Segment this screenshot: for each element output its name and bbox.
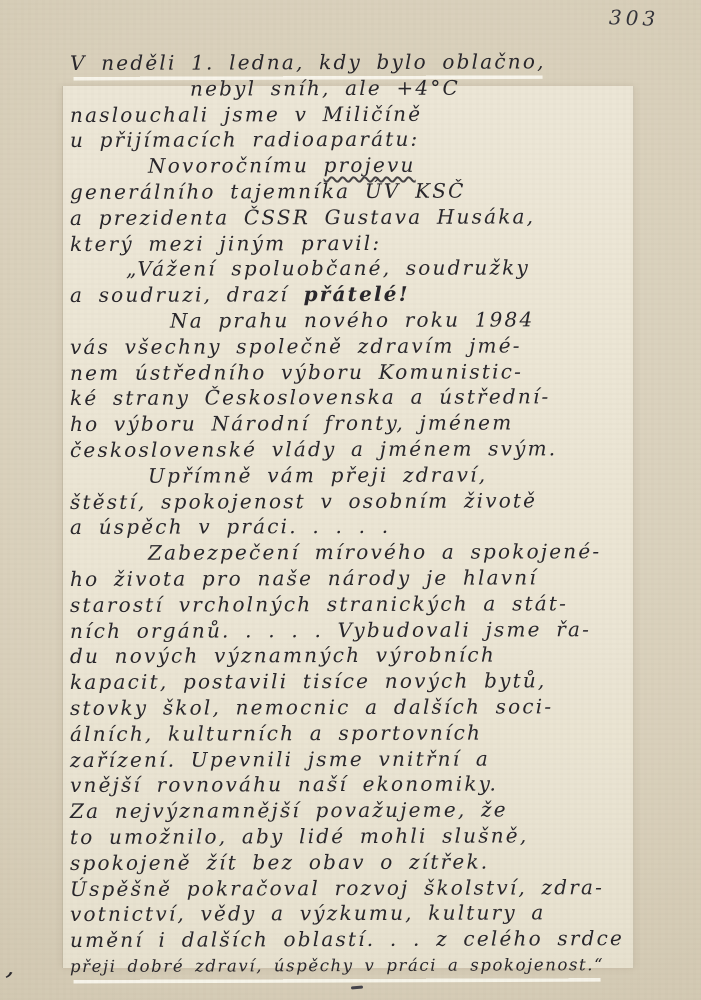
manuscript-line: naslouchali jsme v Miličíně [68,101,643,129]
manuscript-line: Za nejvýznamnější považujeme, že [68,797,643,825]
manuscript-line: generálního tajemníka ÚV KSČ [68,178,643,206]
manuscript-line: kapacit, postavili tisíce nových bytů, [68,668,643,696]
emphasized-word: přátelé! [304,282,410,306]
manuscript-line: u přijímacích radioaparátu: [68,126,643,154]
manuscript-line: který mezi jiným pravil: [68,230,643,258]
stray-ink-mark [351,985,363,989]
manuscript-line: Zabezpečení mírového a spokojené- [68,539,643,567]
manuscript-line: zařízení. Upevnili jsme vnitřní a [68,746,643,774]
manuscript-line: vás všechny společně zdravím jmé- [68,333,643,361]
manuscript-line: Úspěšně pokračoval rozvoj školství, zdra… [68,874,643,902]
manuscript-line: přeji dobré zdraví, úspěchy v práci a sp… [68,952,643,980]
manuscript-line: stovky škol, nemocnic a dalších soci- [68,694,643,722]
manuscript-line: to umožnilo, aby lidé mohli slušně, [68,823,643,851]
manuscript-line: ho výboru Národní fronty, jménem [68,410,643,438]
page-number: 303 [608,5,659,31]
manuscript-line: Upřímně vám přeji zdraví, [68,462,643,490]
manuscript-line: a soudruzi, drazí přátelé! [68,281,643,309]
manuscript-line: československé vlády a jménem svým. [68,436,643,464]
manuscript-line: ho života pro naše národy je hlavní [68,565,643,593]
manuscript-line: a prezidenta ČSSR Gustava Husáka, [68,204,643,232]
manuscript-line: nebyl sníh, ale +4°C [68,75,643,103]
stray-ink-mark: , [4,952,17,983]
manuscript-line: umění i dalších oblastí. . . z celého sr… [68,926,643,954]
manuscript-line: nem ústředního výboru Komunistic- [68,359,643,387]
manuscript-line: starostí vrcholných stranických a stát- [68,591,643,619]
manuscript-line: „Vážení spoluobčané, soudružky [68,255,643,283]
manuscript-line: ních orgánů. . . . . Vybudovali jsme řa- [68,617,643,645]
wavy-underlined-word: projevu [324,153,416,177]
manuscript-line: ké strany Československa a ústřední- [68,384,643,412]
manuscript-line: álních, kulturních a sportovních [68,720,643,748]
manuscript-line: a úspěch v práci. . . . . [68,513,643,541]
chronicle-page: 303 V neděli 1. ledna, kdy bylo oblačno,… [0,0,701,1000]
manuscript-line: Na prahu nového roku 1984 [68,307,643,335]
manuscript-line: V neděli 1. ledna, kdy bylo oblačno, [68,49,643,77]
manuscript-lines: V neděli 1. ledna, kdy bylo oblačno,neby… [68,50,643,979]
manuscript-line: spokojeně žít bez obav o zítřek. [68,849,643,877]
manuscript-line: štěstí, spokojenost v osobním životě [68,488,643,516]
manuscript-line: votnictví, vědy a výzkumu, kultury a [68,900,643,928]
manuscript-line: vnější rovnováhu naší ekonomiky. [68,771,643,799]
manuscript-line: du nových významných výrobních [68,642,643,670]
manuscript-line: Novoročnímu projevu [68,152,643,180]
